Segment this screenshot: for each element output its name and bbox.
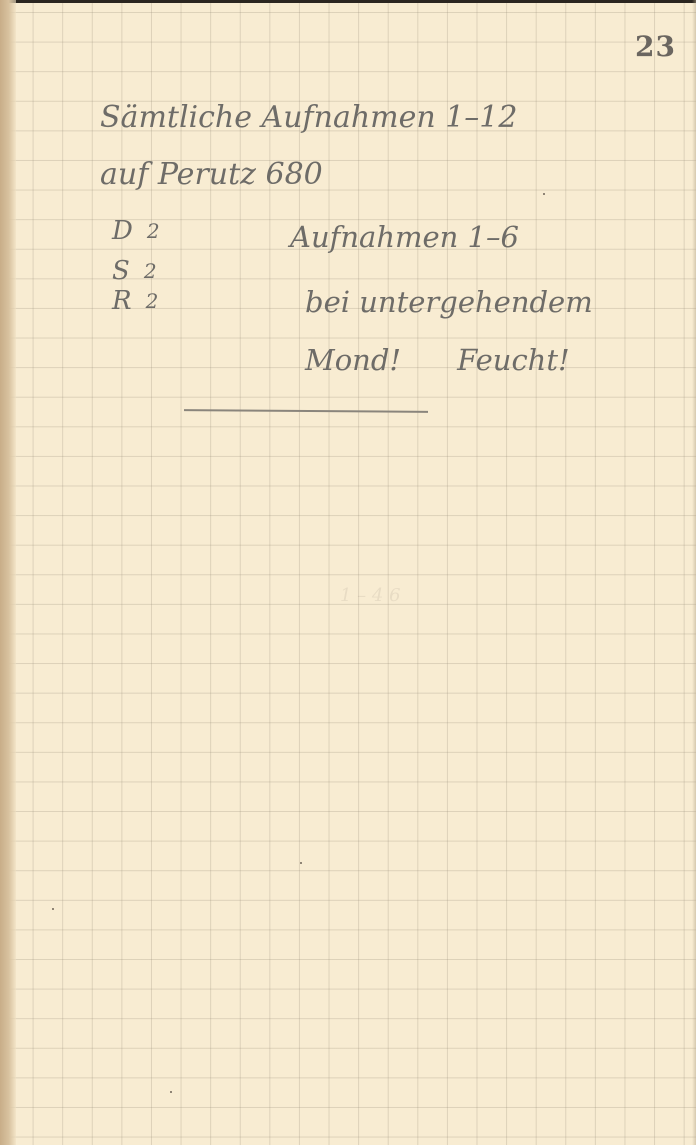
note-line-3: Mond!Feucht! [305,343,570,377]
code-list: D 2 S 2 R 2 [112,216,160,316]
code-letter: S [112,256,130,286]
paper-speck [170,1091,172,1093]
bleed-through-text: 1 – 4 6 [340,585,401,606]
paper-speck [543,193,545,195]
code-value: 2 [147,216,160,246]
code-value: 2 [146,286,159,316]
horizontal-rule [184,409,428,413]
code-value: 2 [144,256,157,286]
paper-speck [300,862,302,864]
paper-speck [52,908,54,910]
handwritten-line-2: auf Perutz 680 [100,157,323,192]
handwritten-line-1: Sämtliche Aufnahmen 1–12 [100,100,517,135]
code-row-s: S 2 [112,256,160,286]
code-letter: R [112,286,132,316]
page-number: 23 [635,30,676,63]
note-feucht: Feucht! [457,343,570,377]
page-right-edge [692,0,696,1145]
note-line-1: Aufnahmen 1–6 [290,220,519,254]
code-letter: D [112,216,133,246]
note-mond: Mond! [305,343,401,377]
page-top-edge [0,0,696,3]
note-line-2: bei untergehendem [305,285,593,319]
binding-edge [0,0,16,1145]
notebook-page: 23 Sämtliche Aufnahmen 1–12 auf Perutz 6… [0,0,696,1145]
code-row-d: D 2 [112,216,160,246]
code-row-r: R 2 [112,286,160,316]
